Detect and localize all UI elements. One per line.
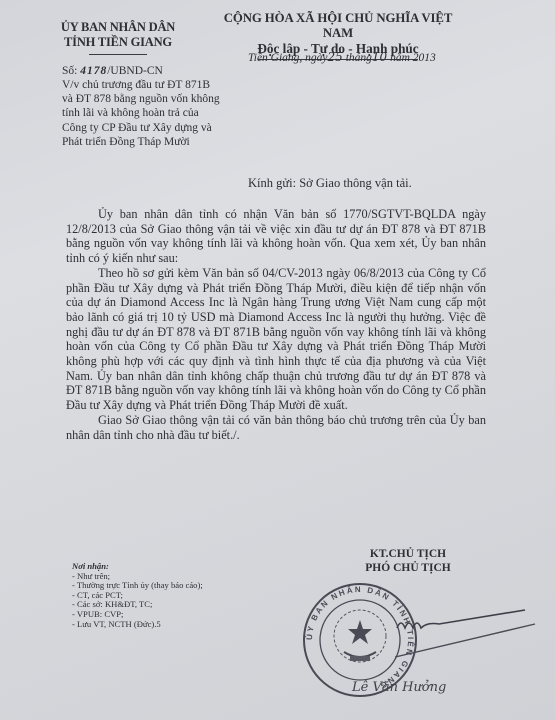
signer-role-2: PHÓ CHỦ TỊCH <box>338 562 478 576</box>
handwritten-month: 10 <box>372 50 387 64</box>
handwritten-signature-icon <box>395 598 545 668</box>
handwritten-number: 4178 <box>80 65 107 77</box>
signature-title-block: KT.CHỦ TỊCH PHÓ CHỦ TỊCH <box>338 548 478 575</box>
official-letter: ỦY BAN NHÂN DÂN TỈNH TIỀN GIANG CỘNG HÒA… <box>0 0 555 720</box>
paragraph: Giao Sở Giao thông vận tải có văn bản th… <box>66 413 486 442</box>
handwritten-day: 25 <box>328 50 343 64</box>
document-number: Số: 4178/UBND-CN <box>62 65 163 77</box>
agency-line-2: TỈNH TIỀN GIANG <box>58 35 178 50</box>
signer-role-1: KT.CHỦ TỊCH <box>338 548 478 562</box>
signer-name: Lê Văn Hưởng <box>352 680 446 695</box>
recipients-list: Nơi nhận: - Như trên; - Thường trực Tỉnh… <box>72 562 203 629</box>
paragraph: Ủy ban nhân dân tỉnh có nhận Văn bản số … <box>66 207 486 266</box>
paragraph: Theo hồ sơ gửi kèm Văn bản số 04/CV-2013… <box>66 266 486 413</box>
issuing-agency-header: ỦY BAN NHÂN DÂN TỈNH TIỀN GIANG <box>58 20 178 55</box>
letter-body: Ủy ban nhân dân tỉnh có nhận Văn bản số … <box>66 207 486 442</box>
header-underline <box>89 54 147 55</box>
addressee-greeting: Kính gửi: Sở Giao thông vận tải. <box>248 176 412 191</box>
agency-line-1: ỦY BAN NHÂN DÂN <box>58 20 178 35</box>
recipient-item: - Lưu VT, NCTH (Đức).5 <box>72 620 203 630</box>
nation-name: CỘNG HÒA XÃ HỘI CHỦ NGHĨA VIỆT NAM <box>208 11 468 41</box>
subject-summary: V/v chủ trương đầu tư ĐT 871B và ĐT 878 … <box>62 78 230 149</box>
place-date: Tiền Giang, ngày25 tháng10 năm 2013 <box>248 50 436 64</box>
